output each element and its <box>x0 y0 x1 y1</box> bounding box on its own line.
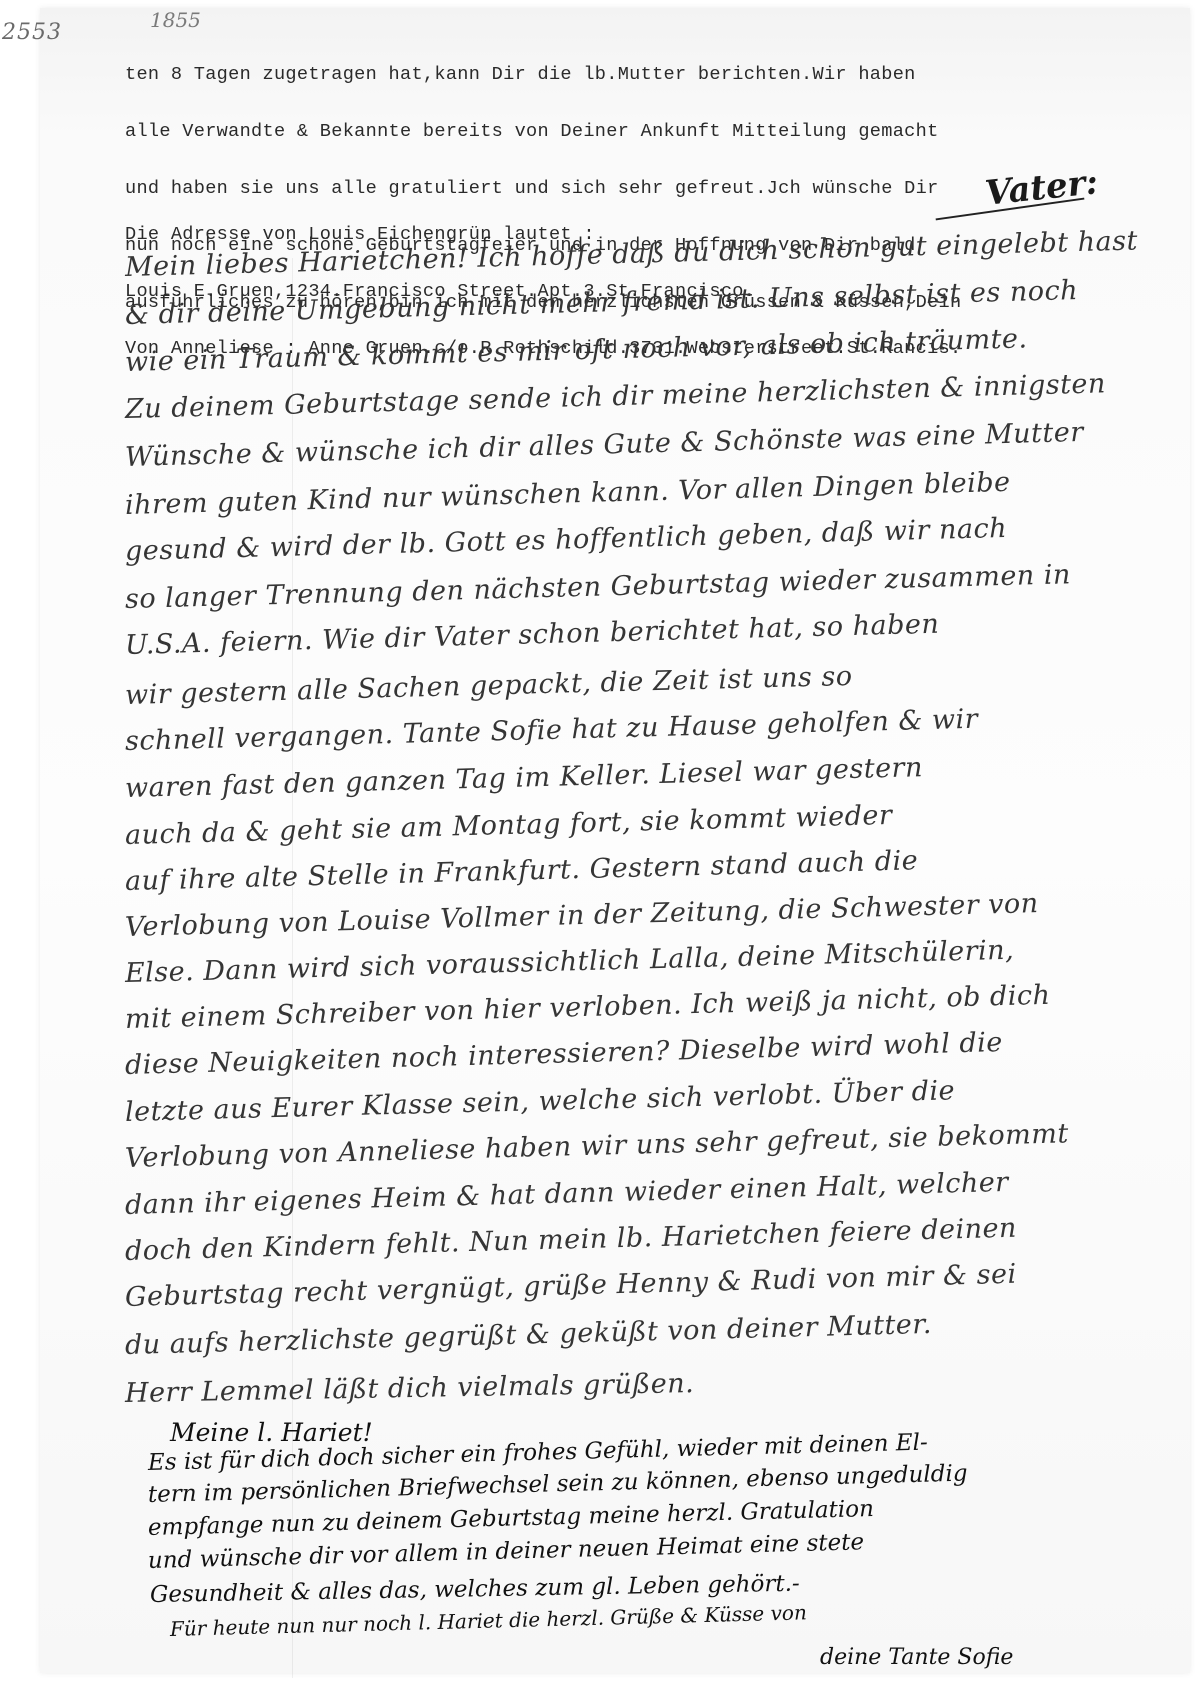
typed-line: alle Verwandte & Bekannte bereits von De… <box>125 122 961 141</box>
aunt-greeting: Meine l. Hariet! <box>170 1418 373 1447</box>
typed-line: ten 8 Tagen zugetragen hat,kann Dir die … <box>125 65 961 84</box>
aunt-signature: deine Tante Sofie <box>820 1645 1013 1670</box>
archive-number-note: 2553 <box>2 20 62 45</box>
